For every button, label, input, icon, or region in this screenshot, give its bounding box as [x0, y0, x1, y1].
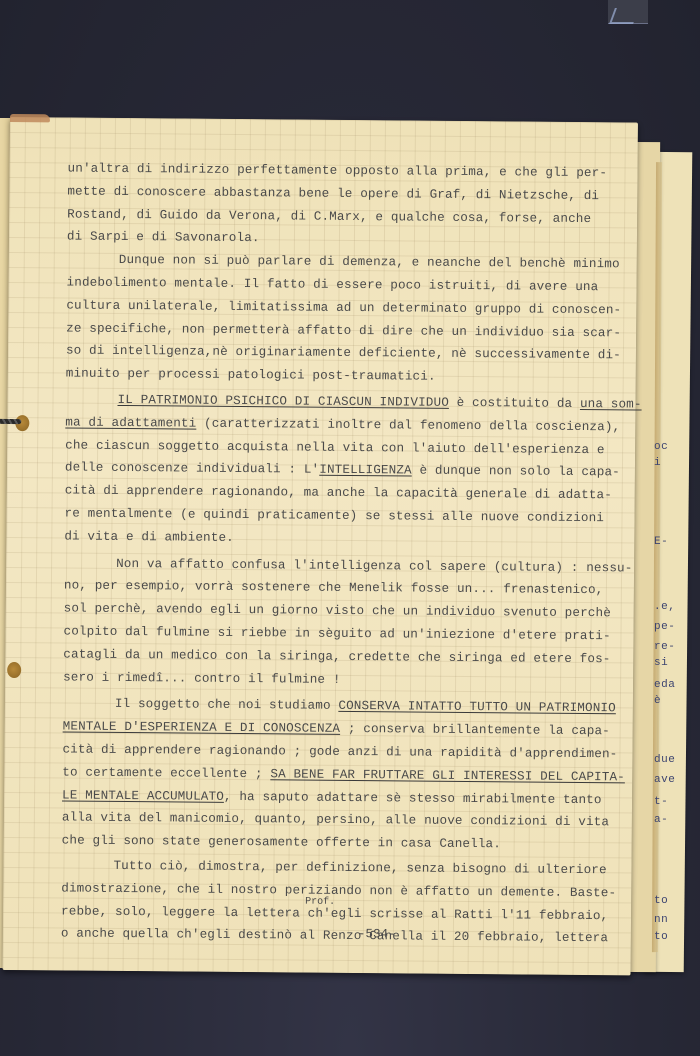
edge-fragment: due	[654, 753, 675, 768]
underlined-term: INTELLIGENZA	[319, 463, 412, 478]
underlined-phrase: LE MENTALE ACCUMULATO	[62, 788, 224, 803]
edge-fragment: ave	[654, 773, 675, 788]
paragraph: Non va affatto confusa l'intelligenza co…	[63, 552, 624, 694]
underlined-phrase: MENTALE D'ESPERIENZA E DI CONOSCENZA	[63, 720, 341, 736]
edge-fragment: to	[654, 930, 668, 945]
paragraph: Tutto ciò, dimostra, per definizione, se…	[61, 854, 622, 950]
page-body-text: un'altra di indirizzo perfettamente oppo…	[61, 158, 628, 951]
text-span: delle conoscenze individuali : L'	[65, 461, 319, 477]
text-span: è costituito da	[449, 396, 580, 411]
text-span: to certamente eccellente ;	[62, 765, 270, 781]
edge-fragment: eda	[654, 678, 675, 693]
underlined-phrase: SA BENE FAR FRUTTARE GLI INTERESSI DEL C…	[270, 767, 625, 784]
torn-paper-edge	[10, 114, 50, 122]
edge-fragment: to	[654, 894, 668, 909]
underlined-phrase: una som-	[580, 397, 642, 412]
text-span: è dunque non solo la capa-	[412, 464, 620, 480]
edge-fragment: nn	[654, 913, 668, 928]
edge-fragment: oc	[654, 440, 668, 455]
underlined-phrase: CONSERVA INTATTO TUTTO UN PATRIMONIO	[338, 699, 616, 715]
text-line: o anche quella ch'egli destinò al Renzo …	[61, 923, 621, 951]
edge-fragment: t-	[654, 795, 668, 810]
underlined-phrase: ma di adattamenti	[65, 415, 196, 430]
edge-fragment: i	[654, 456, 661, 471]
edge-fragment: a-	[654, 813, 668, 828]
handwritten-insertion: Prof.	[305, 897, 335, 908]
text-line: che gli sono state generosamente offerte…	[62, 830, 622, 858]
edge-fragment: pe-	[654, 620, 675, 635]
edge-fragment: è	[654, 694, 661, 709]
paragraph: un'altra di indirizzo perfettamente oppo…	[67, 158, 628, 254]
text-span: , ha saputo adattare sè stesso mirabilme…	[224, 789, 602, 806]
text-span: Il soggetto che noi studiamo	[115, 697, 339, 713]
text-span: ; conserva brillantemente la capa-	[340, 722, 610, 738]
edge-fragment: re-	[654, 640, 675, 655]
text-span: (caratterizzati inoltre dal fenomeno del…	[196, 416, 620, 434]
page-number: -534-	[358, 927, 396, 941]
edge-fragment: .e,	[654, 600, 675, 615]
paragraph: IL PATRIMONIO PSICHICO DI CIASCUN INDIVI…	[64, 388, 625, 552]
underlined-heading: IL PATRIMONIO PSICHICO DI CIASCUN INDIVI…	[117, 393, 449, 410]
scanner-corner-tag	[608, 0, 648, 24]
edge-fragment: E-	[654, 535, 668, 550]
edge-fragment: si	[654, 656, 668, 671]
paragraph: Il soggetto che noi studiamo CONSERVA IN…	[62, 693, 623, 857]
punch-hole	[7, 662, 21, 678]
binding-string	[0, 419, 21, 424]
text-line: minuito per processi patologici post-tra…	[66, 363, 626, 391]
typewritten-page: un'altra di indirizzo perfettamente oppo…	[3, 117, 638, 975]
paragraph: Dunque non si può parlare di demenza, e …	[66, 249, 627, 391]
